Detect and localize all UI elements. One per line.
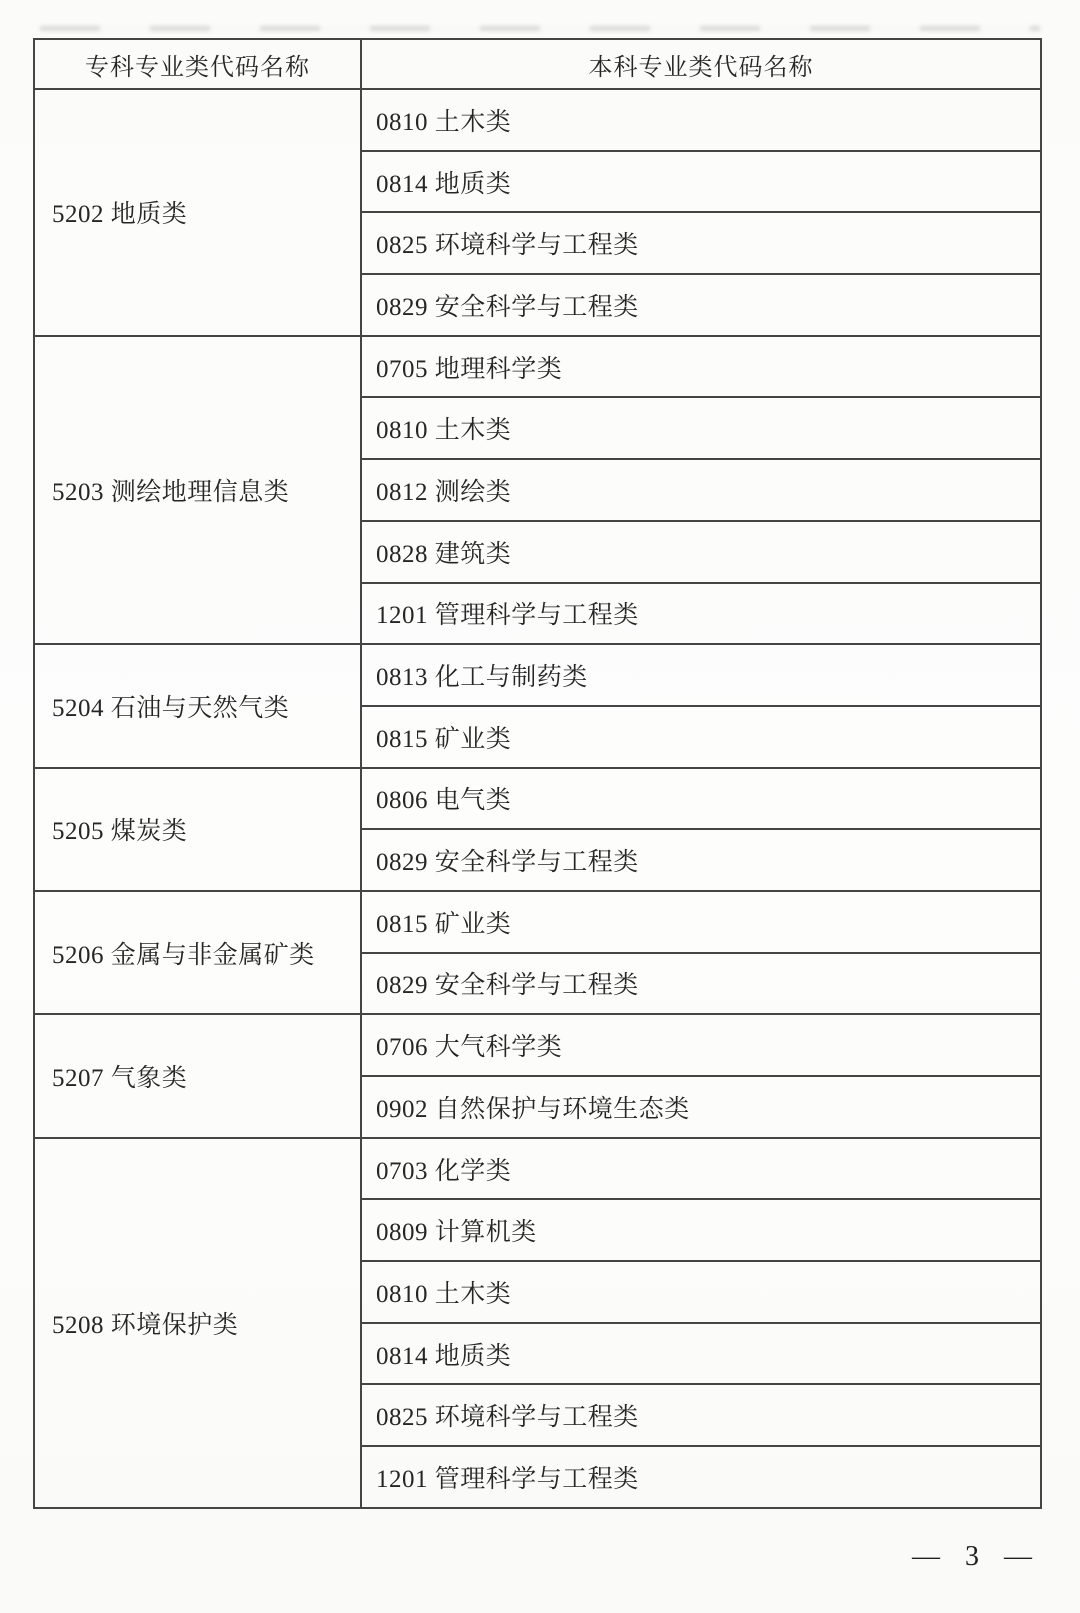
undergraduate-category-cell: 0829 安全科学与工程类: [361, 274, 1041, 336]
undergraduate-category-cell: 0809 计算机类: [361, 1199, 1041, 1261]
vocational-category-cell: 5203 测绘地理信息类: [34, 336, 361, 644]
undergraduate-category-cell: 0813 化工与制药类: [361, 644, 1041, 706]
undergraduate-category-cell: 0902 自然保护与环境生态类: [361, 1076, 1041, 1138]
table-row: 5205 煤炭类0806 电气类: [34, 768, 1041, 830]
table-row: 5203 测绘地理信息类0705 地理科学类: [34, 336, 1041, 398]
table-row: 5208 环境保护类0703 化学类: [34, 1138, 1041, 1200]
vocational-category-cell: 5205 煤炭类: [34, 768, 361, 891]
vocational-category-cell: 5202 地质类: [34, 89, 361, 336]
header-row: 专科专业类代码名称 本科专业类代码名称: [34, 39, 1041, 89]
table-row: 5204 石油与天然气类0813 化工与制药类: [34, 644, 1041, 706]
undergraduate-category-cell: 0810 土木类: [361, 1261, 1041, 1323]
undergraduate-category-cell: 0825 环境科学与工程类: [361, 212, 1041, 274]
table-row: 5206 金属与非金属矿类0815 矿业类: [34, 891, 1041, 953]
undergraduate-category-cell: 0815 矿业类: [361, 891, 1041, 953]
header-vocational-column: 专科专业类代码名称: [34, 39, 361, 89]
table-body: 5202 地质类0810 土木类0814 地质类0825 环境科学与工程类082…: [34, 89, 1041, 1508]
undergraduate-category-cell: 0815 矿业类: [361, 706, 1041, 768]
undergraduate-category-cell: 0814 地质类: [361, 1323, 1041, 1385]
undergraduate-category-cell: 0703 化学类: [361, 1138, 1041, 1200]
undergraduate-category-cell: 0829 安全科学与工程类: [361, 953, 1041, 1015]
undergraduate-category-cell: 0806 电气类: [361, 768, 1041, 830]
undergraduate-category-cell: 0810 土木类: [361, 89, 1041, 151]
undergraduate-category-cell: 0814 地质类: [361, 151, 1041, 213]
undergraduate-category-cell: 1201 管理科学与工程类: [361, 583, 1041, 645]
major-mapping-table: 专科专业类代码名称 本科专业类代码名称 5202 地质类0810 土木类0814…: [33, 38, 1042, 1509]
undergraduate-category-cell: 0828 建筑类: [361, 521, 1041, 583]
page-number: — 3 —: [912, 1541, 1034, 1573]
undergraduate-category-cell: 0810 土木类: [361, 397, 1041, 459]
vocational-category-cell: 5207 气象类: [34, 1014, 361, 1137]
undergraduate-category-cell: 0812 测绘类: [361, 459, 1041, 521]
undergraduate-category-cell: 0705 地理科学类: [361, 336, 1041, 398]
undergraduate-category-cell: 1201 管理科学与工程类: [361, 1446, 1041, 1508]
header-undergraduate-column: 本科专业类代码名称: [361, 39, 1041, 89]
vocational-category-cell: 5208 环境保护类: [34, 1138, 361, 1508]
undergraduate-category-cell: 0706 大气科学类: [361, 1014, 1041, 1076]
undergraduate-category-cell: 0829 安全科学与工程类: [361, 829, 1041, 891]
scan-artifact: [40, 26, 1040, 31]
table-row: 5202 地质类0810 土木类: [34, 89, 1041, 151]
vocational-category-cell: 5204 石油与天然气类: [34, 644, 361, 767]
vocational-category-cell: 5206 金属与非金属矿类: [34, 891, 361, 1014]
table-row: 5207 气象类0706 大气科学类: [34, 1014, 1041, 1076]
document-page: 专科专业类代码名称 本科专业类代码名称 5202 地质类0810 土木类0814…: [0, 0, 1080, 1613]
undergraduate-category-cell: 0825 环境科学与工程类: [361, 1384, 1041, 1446]
